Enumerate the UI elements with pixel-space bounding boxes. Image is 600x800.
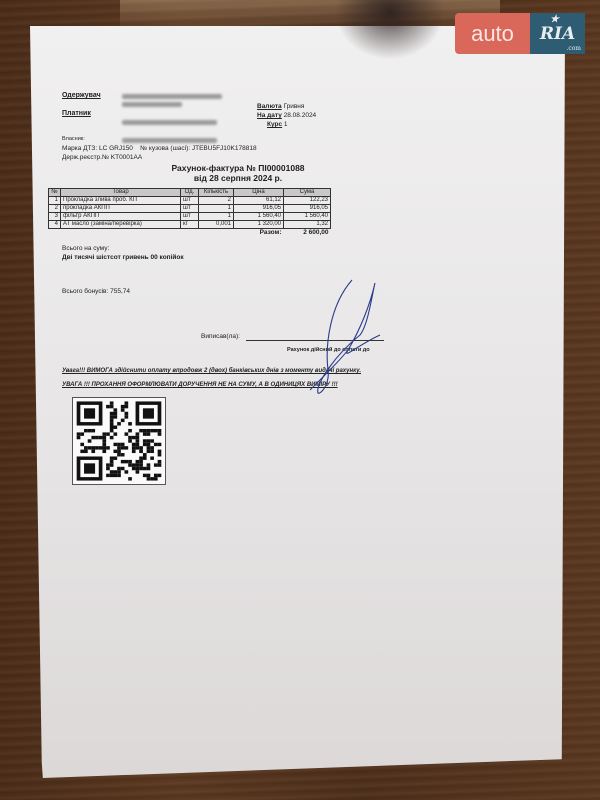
total-value: 2 600,00	[284, 229, 331, 237]
vehicle-line: Марка ДТЗ: LC GRJ150 № кузова (шасі): JT…	[62, 145, 257, 152]
row-number: 4	[49, 221, 61, 229]
row-sum: 1,32	[284, 221, 331, 229]
row-product: прокладка АКПП	[61, 205, 181, 213]
payer-redacted	[122, 120, 217, 125]
row-unit: кг	[181, 221, 199, 229]
row-sum: 122,23	[284, 197, 331, 205]
row-unit: шт	[181, 213, 199, 221]
owner-redacted	[122, 138, 217, 143]
row-product: фільтр АКПП	[61, 213, 181, 221]
col-unit: Од.	[181, 189, 199, 197]
qr-code-icon	[72, 397, 166, 485]
row-number: 3	[49, 213, 61, 221]
recipient-label: Одержувач	[62, 92, 101, 99]
issued-by-label: Виписав(ла):	[201, 333, 240, 340]
date-value: 28.08.2024	[284, 112, 317, 119]
row-unit: шт	[181, 205, 199, 213]
row-product: AT масло (заміна/перевірка)	[61, 221, 181, 229]
total-sum-words: Дві тисячі шістсот гривень 00 копійок	[62, 254, 184, 261]
owner-label: Власник:	[62, 136, 85, 142]
items-table: № Товар Од. Кількість Ціна Сума 1Проклад…	[48, 188, 331, 236]
row-sum: 916,05	[284, 205, 331, 213]
table-header-row: № Товар Од. Кількість Ціна Сума	[49, 189, 331, 197]
recipient-redacted-2	[122, 102, 182, 107]
row-quantity: 0,001	[199, 221, 234, 229]
currency-value: Гривня	[283, 103, 304, 110]
col-price: Ціна	[234, 189, 284, 197]
bonus-block: Всього бонусів: 755,74	[62, 288, 130, 295]
col-number: №	[49, 189, 61, 197]
date-label: На дату	[257, 112, 282, 119]
row-number: 1	[49, 197, 61, 205]
row-quantity: 2	[199, 197, 234, 205]
invoice-date: від 28 серпня 2024 р.	[138, 173, 338, 183]
row-price: 61,12	[234, 197, 284, 205]
row-quantity: 1	[199, 205, 234, 213]
table-total-row: Разом: 2 600,00	[49, 229, 331, 237]
row-price: 1 560,40	[234, 213, 284, 221]
col-sum: Сума	[284, 189, 331, 197]
total-sum-label: Всього на суму:	[62, 245, 109, 252]
rate-label: Курс	[267, 121, 282, 128]
payer-label: Платник	[62, 110, 91, 117]
row-price: 916,05	[234, 205, 284, 213]
handwritten-signature	[290, 275, 390, 400]
recipient-redacted	[122, 94, 222, 99]
table-row: 2прокладка АКППшт1916,05916,05	[49, 205, 331, 213]
invoice-title: Рахунок-фактура № ПІ00001088	[138, 163, 338, 173]
bonus-label: Всього бонусів:	[62, 288, 108, 295]
rate-value: 1	[284, 121, 288, 128]
row-number: 2	[49, 205, 61, 213]
table-row: 1Прокладка злива проб. КПшт261,12122,23	[49, 197, 331, 205]
row-sum: 1 560,40	[284, 213, 331, 221]
row-quantity: 1	[199, 213, 234, 221]
row-product: Прокладка злива проб. КП	[61, 197, 181, 205]
registration-line: Держ.реєстр.№ KT0001AA	[62, 154, 142, 161]
row-price: 1 320,00	[234, 221, 284, 229]
row-unit: шт	[181, 197, 199, 205]
col-product: Товар	[61, 189, 181, 197]
currency-label: Валюта	[257, 103, 282, 110]
currency-block: Валюта Гривня На дату 28.08.2024 Курс 1	[257, 102, 316, 129]
col-quantity: Кількість	[199, 189, 234, 197]
table-row: 3фільтр АКППшт11 560,401 560,40	[49, 213, 331, 221]
total-label: Разом:	[234, 229, 284, 237]
bonus-value: 755,74	[110, 288, 130, 295]
invoice-document: Одержувач Платник Валюта Гривня На дату …	[0, 0, 600, 800]
table-row: 4AT масло (заміна/перевірка)кг0,0011 320…	[49, 221, 331, 229]
